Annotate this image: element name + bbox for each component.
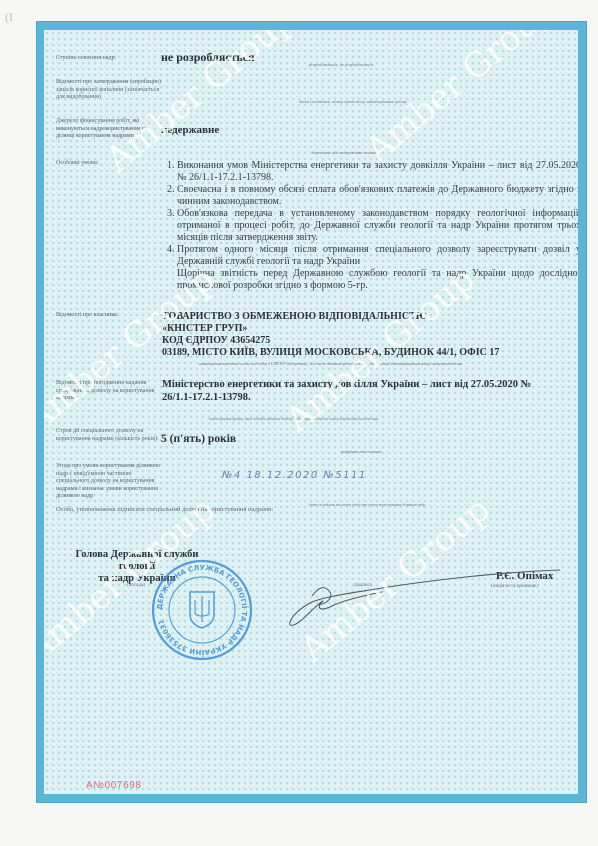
agreement-label: Угода про умови користування ділянкою на… <box>56 463 162 501</box>
term-label: Строк дії спеціального дозволу на корист… <box>56 428 164 443</box>
owner-address: 03189, МІСТО КИЇВ, ВУЛИЦЯ МОСКОВСЬКА, БУ… <box>162 347 499 359</box>
agreement-handwritten: №4 18.12.2020 №5111 <box>222 470 367 481</box>
funding-label: Джерело фінансування робіт, які виконуют… <box>56 118 164 141</box>
signature-icon <box>272 566 562 636</box>
term-value: 5 (п'ять) років <box>161 433 236 445</box>
special-conditions-label: Особливі умови: <box>56 160 164 168</box>
owner-label: Відомості про власника: <box>56 312 164 320</box>
funding-hint: державне або недержавне кошти <box>312 150 377 155</box>
term-hint: цифрами та словами <box>341 449 382 454</box>
agreement-hint: дата складення та номер угоди про умови … <box>309 503 425 507</box>
degree-label: Ступінь освоєння надр: <box>56 55 164 63</box>
condition-extra: Щорічна звітність перед Державною службо… <box>177 268 578 291</box>
funding-value: недержавне <box>161 124 219 136</box>
condition-item: Протягом одного місяця після отримання с… <box>177 244 578 267</box>
permit-sheet: Ступінь освоєння надр: не розробляється … <box>44 30 578 794</box>
condition-item: Своєчасна і в повному обсязі сплата обов… <box>177 184 578 207</box>
official-stamp-icon: ДЕРЖАВНА СЛУЖБА ГЕОЛОГІЇ ТА НАДР УКРАЇНИ… <box>150 558 254 662</box>
owner-code: КОД ЄДРПОУ 43654275 <box>162 335 499 347</box>
corner-mark: (I <box>5 10 13 25</box>
position-caption: (посада) <box>127 583 145 588</box>
owner-hint: найменування юридичної особи, код згідно… <box>199 362 462 366</box>
authorized-person-label: Особа, уповноважена підписати спеціальни… <box>56 506 273 513</box>
condition-item: Обов'язкова передача в установленому зак… <box>177 208 578 243</box>
degree-hint: розробляється; не розробляється <box>309 62 373 67</box>
owner-name-line2: «КНІСТЕР ГРУП» <box>162 323 499 335</box>
owner-block: ТОВАРИСТВО З ОБМЕЖЕНОЮ ВІДПОВІДАЛЬНІСТЮ … <box>162 311 499 359</box>
special-conditions-list: Виконання умов Міністерства енергетики т… <box>162 160 578 293</box>
approval-value: Міністерство енергетики та захисту довкі… <box>162 379 562 404</box>
reserves-label: Відомості про затвердження (апробацію) з… <box>56 79 164 102</box>
degree-value: не розробляється <box>161 50 255 65</box>
owner-name-line1: ТОВАРИСТВО З ОБМЕЖЕНОЮ ВІДПОВІДАЛЬНІСТЮ <box>162 311 499 323</box>
condition-item: Виконання умов Міністерства енергетики т… <box>177 160 578 183</box>
approval-label: Відомості про погодження надання спеціал… <box>56 380 164 403</box>
approval-hint: найменування органу, який погодив наданн… <box>209 417 378 421</box>
serial-number: А№007698 <box>86 780 142 791</box>
reserves-hint: дата складення, номер протоколу, наймену… <box>299 99 407 104</box>
